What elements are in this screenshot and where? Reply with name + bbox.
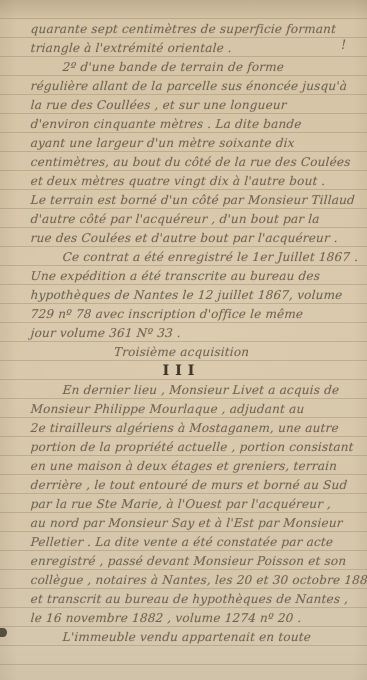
manuscript-line: Le terrain est borné d'un côté par Monsi… xyxy=(0,191,367,210)
manuscript-line: la rue des Coullées , et sur une longueu… xyxy=(0,96,367,115)
manuscript-line: enregistré , passé devant Monsieur Poiss… xyxy=(0,552,367,571)
section-heading-text: Troisième acquisition xyxy=(107,343,256,362)
manuscript-line: ayant une largeur d'un mètre soixante di… xyxy=(0,134,367,153)
manuscript-line: 729 nº 78 avec inscription d'office le m… xyxy=(0,305,367,324)
manuscript-line: L'immeuble vendu appartenait en toute xyxy=(0,628,367,647)
manuscript-line: collègue , notaires à Nantes, les 20 et … xyxy=(0,571,367,590)
section-number-marks: III xyxy=(0,362,367,381)
manuscript-line: d'autre côté par l'acquéreur , d'un bout… xyxy=(0,210,367,229)
manuscript-line: et deux mètres quatre vingt dix à l'autr… xyxy=(0,172,367,191)
ink-blot xyxy=(0,628,7,637)
manuscript-line: régulière allant de la parcelle sus énon… xyxy=(0,77,367,96)
manuscript-page: quarante sept centimètres de superficie … xyxy=(0,0,367,680)
manuscript-line: quarante sept centimètres de superficie … xyxy=(0,20,367,39)
manuscript-line: 2º d'une bande de terrain de forme xyxy=(0,58,367,77)
manuscript-line: centimètres, au bout du côté de la rue d… xyxy=(0,153,367,172)
stray-pen-mark: ! xyxy=(341,38,346,53)
manuscript-line: Monsieur Philippe Mourlaque , adjudant a… xyxy=(0,400,367,419)
manuscript-line: le 16 novembre 1882 , volume 1274 nº 20 … xyxy=(0,609,367,628)
manuscript-line: triangle à l'extrémité orientale . xyxy=(0,39,367,58)
manuscript-line: par la rue Ste Marie, à l'Ouest par l'ac… xyxy=(0,495,367,514)
manuscript-line: et transcrit au bureau de hypothèques de… xyxy=(0,590,367,609)
manuscript-line: portion de la propriété actuelle , porti… xyxy=(0,438,367,457)
manuscript-line: au nord par Monsieur Say et à l'Est par … xyxy=(0,514,367,533)
manuscript-line: Pelletier . La dite vente a été constaté… xyxy=(0,533,367,552)
section-heading: Troisième acquisition xyxy=(0,343,367,362)
manuscript-line: d'environ cinquante mètres . La dite ban… xyxy=(0,115,367,134)
manuscript-line: Ce contrat a été enregistré le 1er Juill… xyxy=(0,248,367,267)
manuscript-line: hypothèques de Nantes le 12 juillet 1867… xyxy=(0,286,367,305)
manuscript-line: en une maison à deux étages et greniers,… xyxy=(0,457,367,476)
manuscript-line: rue des Coulées et d'autre bout par l'ac… xyxy=(0,229,367,248)
manuscript-line: 2e tirailleurs algériens à Mostaganem, u… xyxy=(0,419,367,438)
manuscript-line: Une expédition a été transcrite au burea… xyxy=(0,267,367,286)
handwritten-text: quarante sept centimètres de superficie … xyxy=(0,20,367,647)
manuscript-line: derrière , le tout entouré de murs et bo… xyxy=(0,476,367,495)
manuscript-line: En dernier lieu , Monsieur Livet a acqui… xyxy=(0,381,367,400)
manuscript-line: jour volume 361 Nº 33 . xyxy=(0,324,367,343)
